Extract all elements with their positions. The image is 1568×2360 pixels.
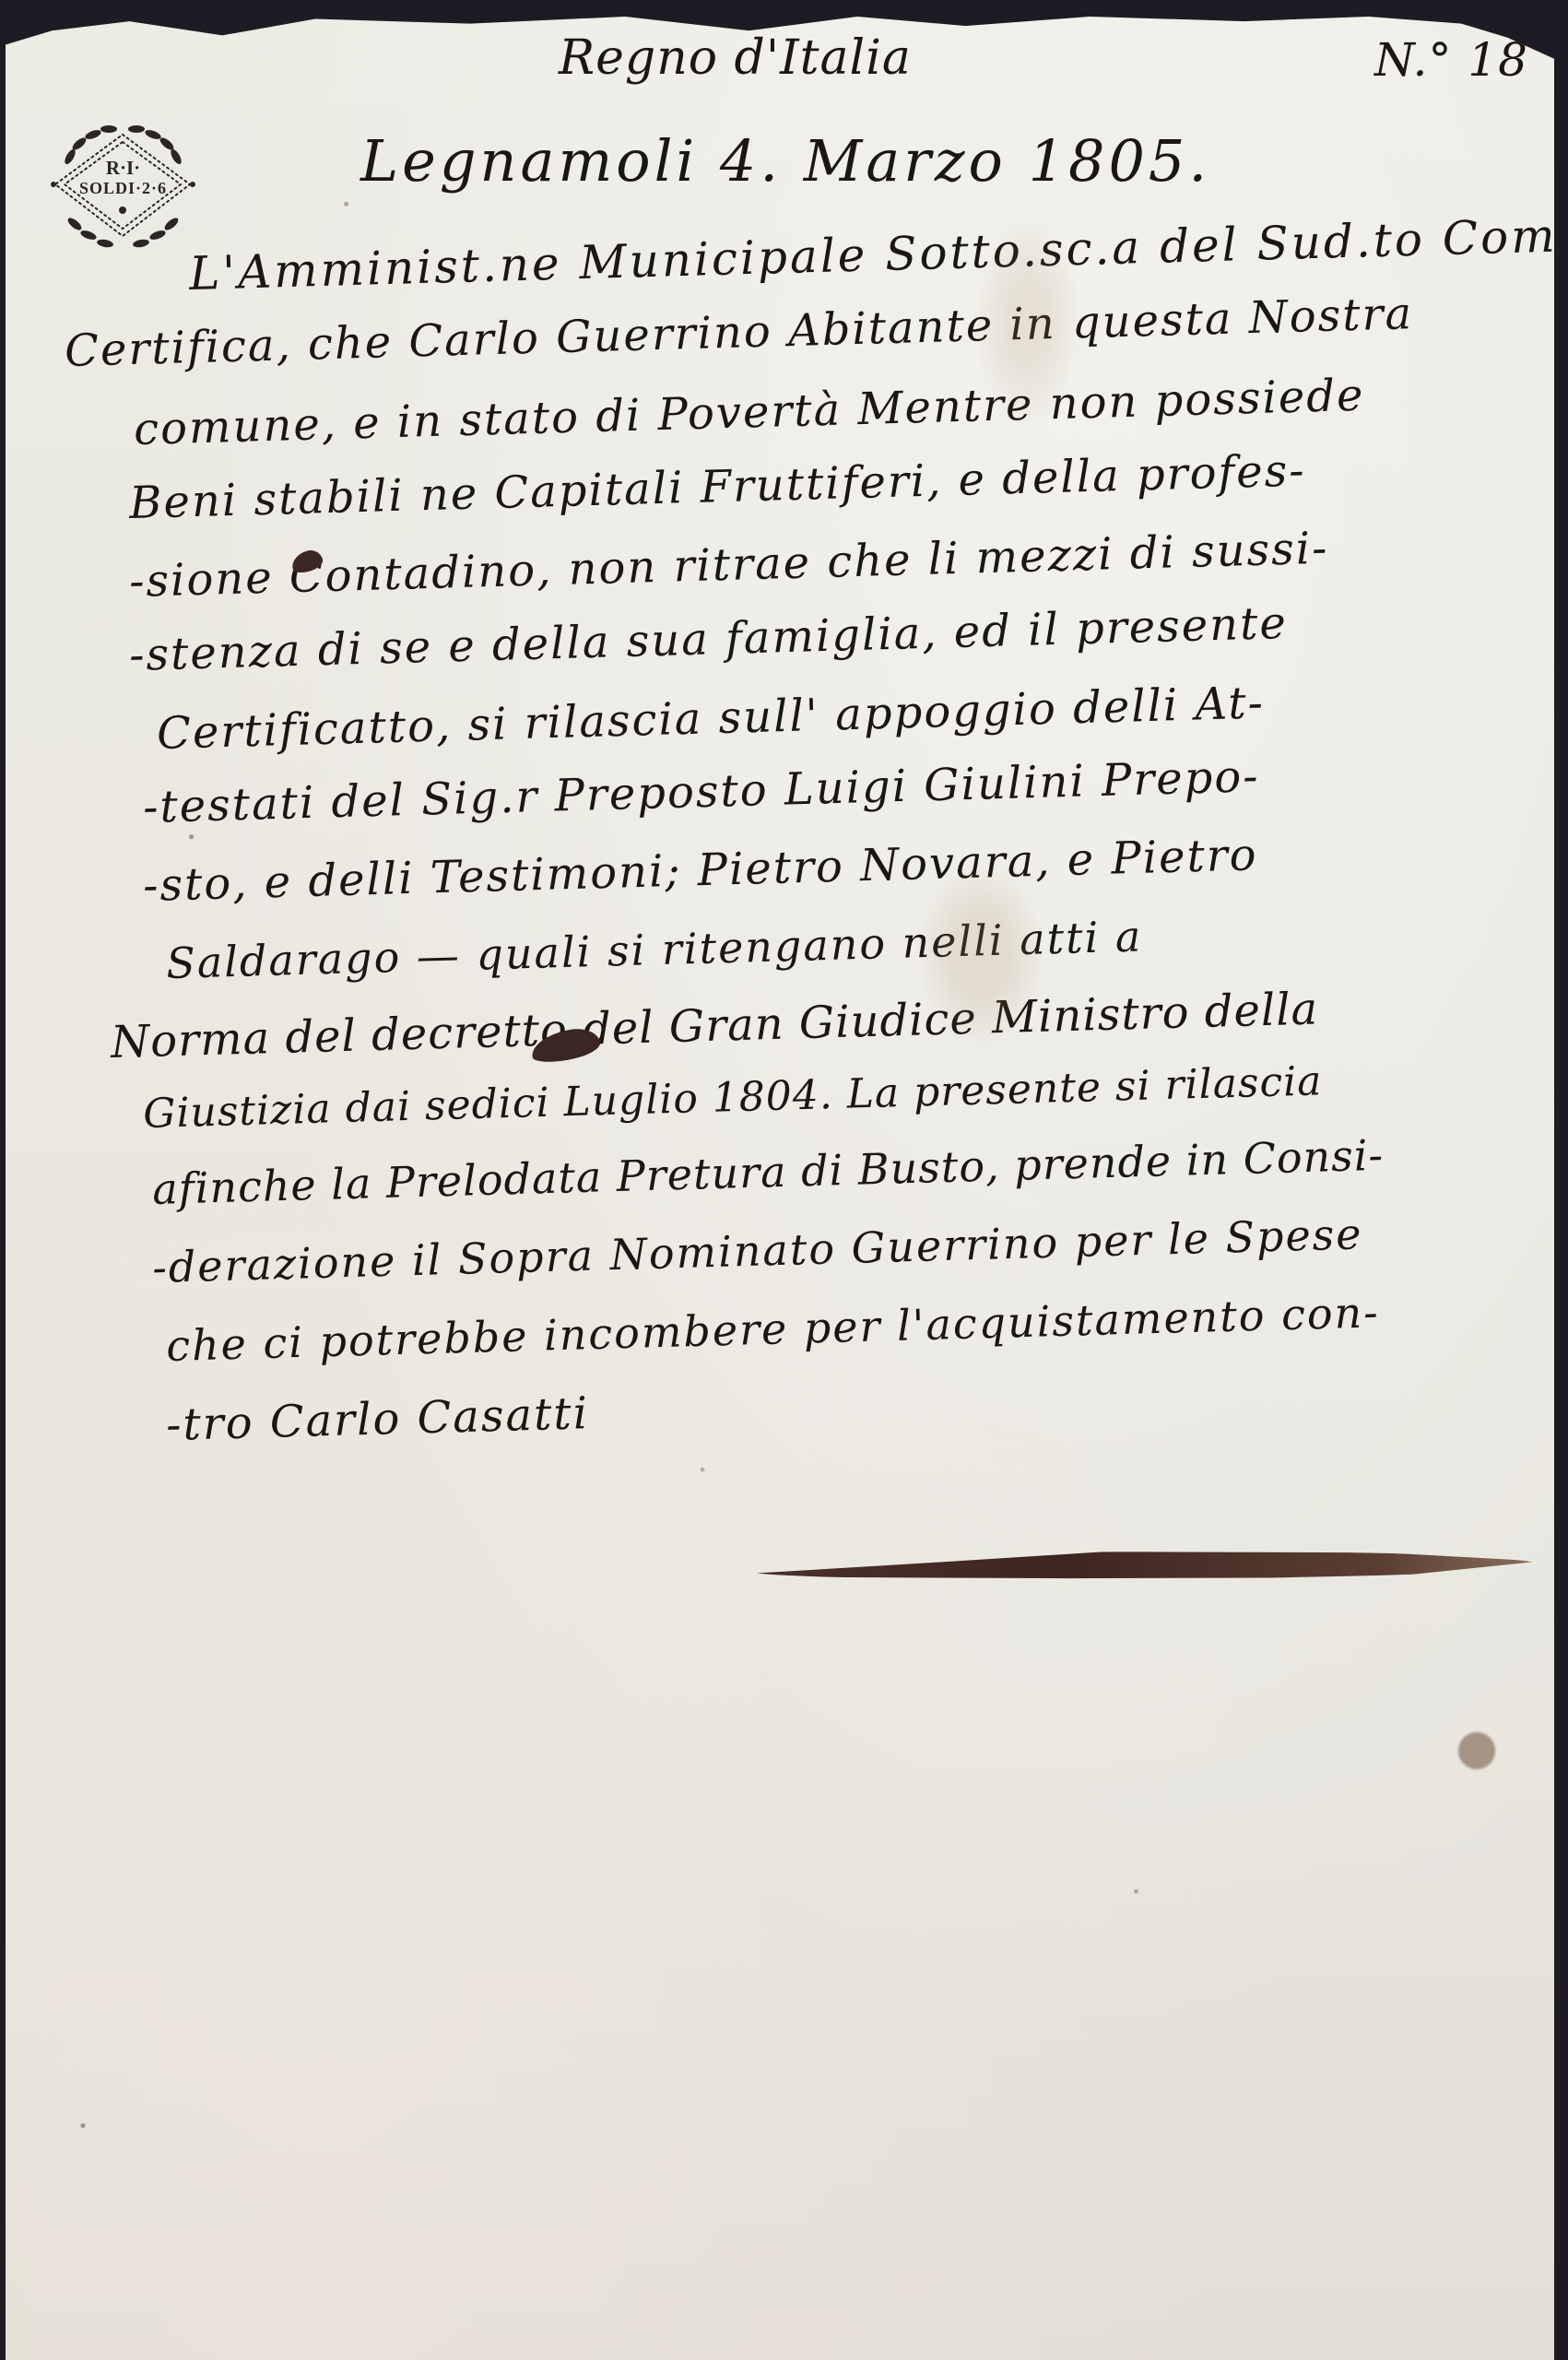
body-line-13: afinche la Prelodata Pretura di Busto, p… [151, 1130, 1384, 1214]
stamp-line-1: R·I· [42, 157, 204, 180]
body-line-12: Giustizia dai sedici Luglio 1804. La pre… [143, 1057, 1324, 1138]
document-title: Regno d'Italia [559, 30, 912, 86]
body-line-3: comune, e in stato di Povertà Mentre non… [133, 370, 1365, 455]
body-line-4: Beni stabili ne Capitali Fruttiferi, e d… [128, 444, 1306, 529]
scanned-document: R·I· SOLDI·2·6 Regno d'Italia N.° 18 Leg… [0, 0, 1568, 2360]
paper-sheet: R·I· SOLDI·2·6 Regno d'Italia N.° 18 Leg… [6, 17, 1554, 2360]
stamp-line-2: SOLDI·2·6 [42, 179, 204, 198]
tax-stamp: R·I· SOLDI·2·6 [42, 118, 204, 256]
place-date: Legnamoli 4. Marzo 1805. [360, 127, 1210, 195]
body-line-11: Norma del decretto del Gran Giudice Mini… [110, 983, 1318, 1068]
body-line-8: -testati del Sig.r Preposto Luigi Giulin… [142, 750, 1260, 833]
closing-ink-stroke [748, 1549, 1540, 1582]
body-line-7: Certificatto, si rilascia sull' appoggio… [156, 677, 1265, 760]
body-line-16: -tro Carlo Casatti [165, 1387, 589, 1451]
body-line-6: -stenza di se e della sua famiglia, ed i… [128, 597, 1288, 681]
document-number: N.° 18 [1374, 33, 1528, 87]
body-line-9: -sto, e delli Testimoni; Pietro Novara, … [142, 829, 1258, 912]
body-line-1: L'Amminist.ne Municipale Sotto.sc.a del … [188, 206, 1568, 301]
body-line-15: che ci potrebbe incombere per l'acquista… [165, 1287, 1380, 1371]
body-line-10: Saldarago — quali si ritengano nelli att… [165, 911, 1143, 988]
body-line-2: Certifica, che Carlo Guerrino Abitante i… [64, 288, 1413, 377]
body-line-14: -derazione il Sopra Nominato Guerrino pe… [151, 1209, 1363, 1292]
